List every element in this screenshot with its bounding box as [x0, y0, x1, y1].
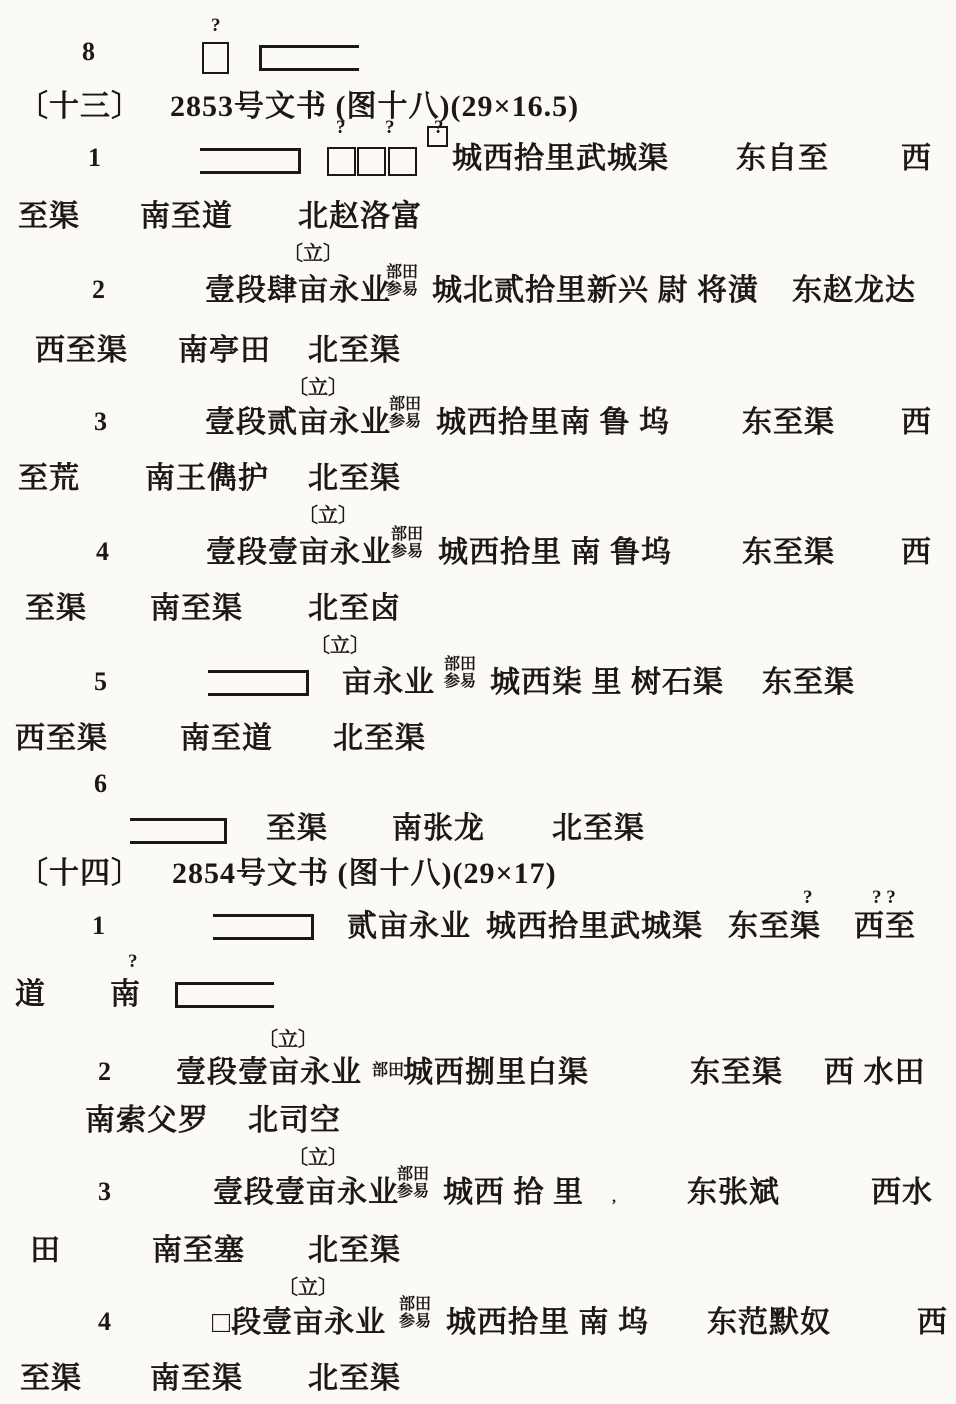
entry-number: 5: [94, 666, 107, 699]
lacuna-open-left: [130, 818, 227, 844]
lacuna-open-right: [175, 982, 274, 1008]
boundary-text: 道: [15, 976, 46, 1014]
entry-number: 3: [98, 1176, 111, 1209]
boundary-east: 东至渠: [762, 664, 855, 702]
entry-location: 城西捌里白渠: [403, 1054, 589, 1092]
boundary-text: 北至渠: [308, 332, 401, 370]
annotation-top: 部田: [399, 1296, 431, 1313]
lacuna-box-small: [427, 126, 448, 147]
boundary-east: 东至渠: [728, 908, 821, 946]
annotation-bottom: 参易: [386, 281, 418, 298]
boundary-text: 北至渠: [552, 810, 645, 848]
entry-location: 城西拾里武城渠: [452, 140, 669, 178]
lacuna-box: [357, 147, 386, 176]
field-type-annotation: 部田: [372, 1062, 404, 1079]
entry-location: 城西拾里武城渠: [486, 908, 703, 946]
boundary-text: 北至渠: [308, 460, 401, 498]
annotation-bottom: 参易: [444, 673, 476, 690]
boundary-west: 西 水田: [824, 1054, 926, 1092]
question-mark: ?: [803, 886, 813, 910]
boundary-text: 南至渠: [150, 590, 243, 628]
entry-location: 城西 拾 里: [443, 1174, 584, 1212]
boundary-west: 西至: [854, 908, 916, 946]
doc-label: 〔十四〕: [18, 855, 142, 893]
entry-location: 城西拾里南 鲁 坞: [436, 404, 670, 442]
entry-main-text: 贰亩永业: [347, 908, 471, 946]
stamp-annotation: 〔立〕: [258, 1028, 318, 1053]
boundary-east: 东范默奴: [707, 1304, 831, 1342]
boundary-text: 北司空: [248, 1102, 341, 1140]
entry-number: 2: [98, 1056, 111, 1089]
entry-location: 城西柒 里 树石渠: [490, 664, 724, 702]
boundary-text: 至渠: [266, 810, 328, 848]
field-type-annotation: 部田 参易: [444, 656, 476, 690]
lacuna-open-right: [259, 45, 359, 71]
boundary-east: 东自至: [736, 140, 829, 178]
boundary-text: 北至渠: [308, 1232, 401, 1270]
entry-number: 3: [94, 406, 107, 439]
stamp-annotation: 〔立〕: [310, 634, 370, 659]
boundary-text: 南王儁护: [145, 460, 269, 498]
boundary-text: 北至渠: [333, 720, 426, 758]
boundary-text: 至荒: [18, 460, 80, 498]
lacuna-open-left: [208, 670, 309, 696]
entry-number: 6: [94, 768, 107, 801]
annotation-bottom: 参易: [389, 413, 421, 430]
annotation-bottom: 参易: [399, 1313, 431, 1330]
fragment-line-number: 8: [82, 36, 95, 69]
annotation-bottom: 参易: [391, 543, 423, 560]
boundary-text: 北至卤: [308, 590, 401, 628]
boundary-east: 东至渠: [690, 1054, 783, 1092]
annotation-bottom: 参易: [397, 1183, 429, 1200]
field-type-annotation: 部田 参易: [386, 264, 418, 298]
boundary-west: 西: [901, 140, 932, 178]
boundary-text: 南: [110, 976, 141, 1014]
lacuna-box: [388, 147, 417, 176]
boundary-west: 西: [901, 534, 932, 572]
entry-main-text: 壹段壹亩永业: [206, 534, 392, 572]
annotation-top: 部田: [389, 396, 421, 413]
question-mark: ?: [211, 14, 221, 38]
lacuna-box: [327, 147, 356, 176]
stamp-annotation: 〔立〕: [288, 1146, 348, 1171]
boundary-text: 南张龙: [392, 810, 485, 848]
annotation-top: 部田: [391, 526, 423, 543]
entry-location: 城西拾里 南 坞: [446, 1304, 649, 1342]
question-mark: ?: [128, 950, 138, 974]
entry-number: 2: [92, 274, 105, 307]
entry-number: 1: [92, 910, 105, 943]
entry-location: 城西拾里 南 鲁坞: [438, 534, 672, 572]
boundary-text: 南亭田: [178, 332, 271, 370]
stamp-annotation: 〔立〕: [278, 1276, 338, 1301]
stamp-annotation: 〔立〕: [288, 376, 348, 401]
field-type-annotation: 部田 参易: [397, 1166, 429, 1200]
boundary-east: 东张斌: [687, 1174, 780, 1212]
boundary-text: 北至渠: [308, 1360, 401, 1398]
boundary-text: 至渠: [25, 590, 87, 628]
doc-label: 〔十三〕: [18, 88, 142, 126]
lacuna-box: [202, 42, 229, 74]
faint-mark: ,: [612, 1188, 616, 1208]
lacuna-open-left: [200, 148, 301, 174]
boundary-text: 南索父罗: [85, 1102, 209, 1140]
entry-number: 4: [98, 1306, 111, 1339]
boundary-west: 西: [901, 404, 932, 442]
entry-main-text: 亩永业: [342, 664, 435, 702]
question-marks: ? ?: [872, 886, 896, 910]
boundary-text: 至渠: [18, 198, 80, 236]
lacuna-open-left: [213, 914, 314, 940]
boundary-text: 西至渠: [35, 332, 128, 370]
entry-location: 城北贰拾里新兴 尉 将潢: [432, 272, 759, 310]
annotation-top: 部田: [386, 264, 418, 281]
entry-main-text: □段壹亩永业: [212, 1304, 386, 1342]
boundary-text: 南至塞: [152, 1232, 245, 1270]
boundary-east: 东至渠: [742, 534, 835, 572]
boundary-east: 东赵龙达: [792, 272, 916, 310]
boundary-text: 田: [30, 1232, 61, 1270]
boundary-text: 南至道: [180, 720, 273, 758]
boundary-text: 至渠: [20, 1360, 82, 1398]
doc-title: 2854号文书 (图十八)(29×17): [172, 855, 557, 893]
boundary-east: 东至渠: [742, 404, 835, 442]
entry-main-text: 壹段贰亩永业: [205, 404, 391, 442]
field-type-annotation: 部田 参易: [399, 1296, 431, 1330]
boundary-west: 西水: [871, 1174, 933, 1212]
stamp-annotation: 〔立〕: [283, 242, 343, 267]
entry-main-text: 壹段壹亩永业: [176, 1054, 362, 1092]
boundary-text: 南至道: [140, 198, 233, 236]
field-type-annotation: 部田 参易: [391, 526, 423, 560]
annotation-top: 部田: [397, 1166, 429, 1183]
boundary-text: 北赵洛富: [298, 198, 422, 236]
annotation-top: 部田: [444, 656, 476, 673]
entry-number: 1: [88, 142, 101, 175]
entry-main-text: 壹段肆亩永业: [205, 272, 391, 310]
field-type-annotation: 部田 参易: [389, 396, 421, 430]
entry-number: 4: [96, 536, 109, 569]
boundary-text: 西至渠: [15, 720, 108, 758]
boundary-text: 南至渠: [150, 1360, 243, 1398]
entry-main-text: 壹段壹亩永业: [213, 1174, 399, 1212]
boundary-west: 西: [917, 1304, 948, 1342]
stamp-annotation: 〔立〕: [298, 504, 358, 529]
